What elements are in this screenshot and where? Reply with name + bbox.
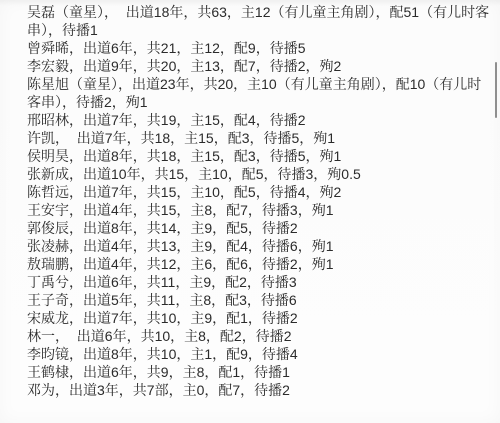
actor-record: 张凌赫，出道4年，共13，主9，配4，待播6，殉1 — [27, 237, 493, 255]
actor-record: 郭俊辰，出道8年，共14，主9，配5，待播2 — [27, 219, 493, 237]
actor-record: 邓为，出道3年，共7部，主0，配7，待播2 — [27, 381, 493, 399]
actor-record: 王安宇，出道4年，共15，主8，配7，待播3，殉1 — [27, 201, 493, 219]
actor-stats-list: 吴磊（童星）， 出道18年，共63，主12（有儿童主角剧），配51（有儿时客串）… — [27, 3, 493, 399]
actor-record: 林一， 出道6年，共10，主8，配2，待播2 — [27, 327, 493, 345]
actor-record: 张新成，出道10年，共15，主10，配5，待播3，殉0.5 — [27, 165, 493, 183]
actor-record: 宋威龙，出道7年，共10，主9，配1，待播2 — [27, 309, 493, 327]
screenshot-canvas: 吴磊（童星）， 出道18年，共63，主12（有儿童主角剧），配51（有儿时客串）… — [0, 0, 500, 423]
actor-record: 吴磊（童星）， 出道18年，共63，主12（有儿童主角剧），配51（有儿时客串）… — [27, 3, 493, 39]
actor-record: 邢昭林，出道7年，共19，主15，配4，待播2 — [27, 111, 493, 129]
actor-record: 陈星旭（童星），出道23年，共20，主10（有儿童主角剧），配10（有儿时客串）… — [27, 75, 493, 111]
scrollbar-thumb[interactable] — [495, 62, 497, 118]
actor-record: 李昀镜，出道8年，共10，主1，配9，待播4 — [27, 345, 493, 363]
actor-record: 曾舜晞，出道6年，共21，主12，配9，待播5 — [27, 39, 493, 57]
actor-record: 侯明昊，出道8年，共18，主15，配3，待播5，殉1 — [27, 147, 493, 165]
actor-record: 李宏毅，出道9年，共20，主13，配7，待播2，殉2 — [27, 57, 493, 75]
actor-record: 王子奇，出道5年，共11，主8，配3，待播6 — [27, 291, 493, 309]
actor-record: 王鹤棣，出道6年，共9，主8，配1，待播1 — [27, 363, 493, 381]
actor-record: 许凯， 出道7年，共18，主15，配3，待播5，殉1 — [27, 129, 493, 147]
actor-record: 敖瑞鹏，出道4年，共12，主6，配6，待播2，殉1 — [27, 255, 493, 273]
actor-record: 陈哲远，出道7年，共15，主10，配5，待播4，殉2 — [27, 183, 493, 201]
actor-record: 丁禹兮，出道6年，共11，主9，配2，待播3 — [27, 273, 493, 291]
